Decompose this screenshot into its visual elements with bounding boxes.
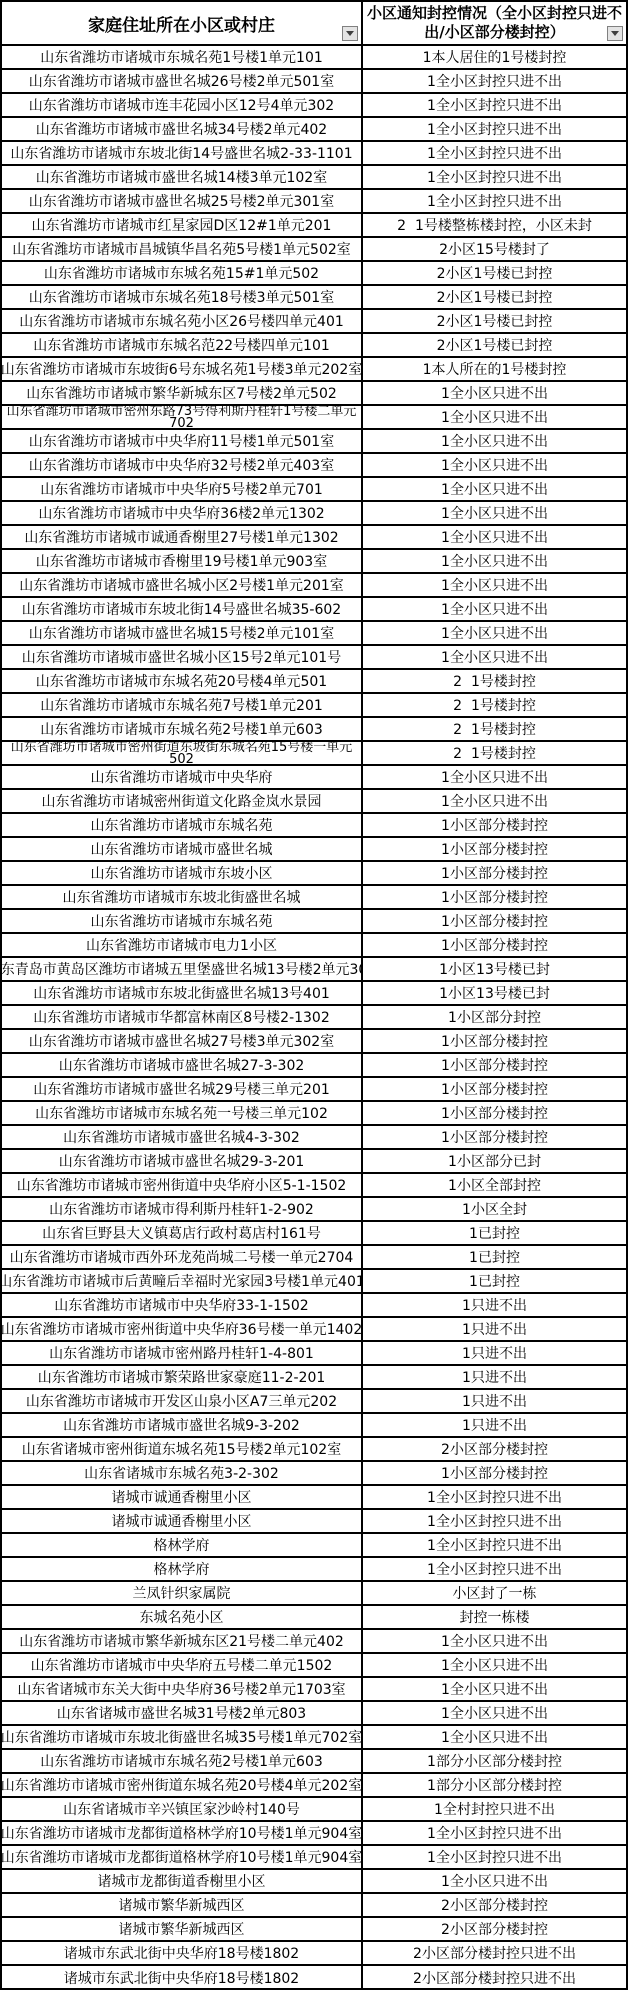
table-row: 山东省潍坊市诸城市中央华府36楼2单元13021全小区只进不出 [2,502,626,526]
table-row: 山东省潍坊市诸城市电力1小区1小区部分楼封控 [2,934,626,958]
address-cell[interactable]: 山东省潍坊市诸城市中央华府11号楼1单元501室 [2,430,363,452]
chevron-down-icon [611,31,619,36]
status-cell[interactable]: 1全小区封控只进不出 [363,70,626,92]
address-cell[interactable]: 山东省潍坊市诸城市盛世名城26号楼2单元501室 [2,70,363,92]
address-cell[interactable]: 山东省诸城市辛兴镇匡家沙岭村140号 [2,1798,363,1820]
table-row: 山东省潍坊市诸城市盛世名城1小区部分楼封控 [2,838,626,862]
address-cell[interactable]: 山东省潍坊市诸城市盛世名城9-3-202 [2,1414,363,1436]
table-row: 山东省潍坊市诸城市盛世名城小区15号2单元101号1全小区只进不出 [2,646,626,670]
status-cell[interactable]: 1全小区封控只进不出 [363,1534,626,1556]
address-cell[interactable]: 诸城市繁华新城西区 [2,1918,363,1940]
address-cell[interactable]: 山东省潍坊市诸城市繁荣路世家豪庭11-2-201 [2,1366,363,1388]
address-cell[interactable]: 山东省潍坊市诸城市东坡北街14号盛世名城2-33-1101 [2,142,363,164]
status-cell[interactable]: 1全小区只进不出 [363,478,626,500]
filter-dropdown-status-button[interactable] [607,26,623,41]
address-cell[interactable]: 山东省潍坊市诸城市东城名苑15#1单元502 [2,262,363,284]
address-cell[interactable]: 山东省潍坊市诸城市昌城镇华昌名苑5号楼1单元502室 [2,238,363,260]
address-cell[interactable]: 山东省潍坊市诸城市东城名苑小区26号楼四单元401 [2,310,363,332]
address-cell[interactable]: 山东省潍坊市诸城市盛世名城小区2号楼1单元201室 [2,574,363,596]
address-cell[interactable]: 山东省潍坊市诸城密州街道文化路金岚水景园 [2,790,363,812]
address-cell[interactable]: 诸城市龙都街道香榭里小区 [2,1870,363,1892]
table-row: 格林学府1全小区封控只进不出 [2,1558,626,1582]
table-row: 山东省诸城市辛兴镇匡家沙岭村140号1全村封控只进不出 [2,1798,626,1822]
status-cell[interactable]: 2小区部分楼封控只进不出 [363,1942,626,1964]
address-cell[interactable]: 山东省潍坊市诸城市诚通香榭里27号楼1单元1302 [2,526,363,548]
status-cell[interactable]: 1全小区封控只进不出 [363,190,626,212]
address-cell[interactable]: 山东省潍坊市诸城市东坡街6号东城名苑1号楼3单元202室 [2,358,363,380]
status-cell[interactable]: 1只进不出 [363,1390,626,1412]
address-cell[interactable]: 格林学府 [2,1558,363,1580]
status-cell[interactable]: 1小区部分楼封控 [363,1126,626,1148]
address-cell[interactable]: 山东省潍坊市诸城市连丰花园小区12号4单元302 [2,94,363,116]
status-cell[interactable]: 1全小区封控只进不出 [363,94,626,116]
table-row: 诸城市诚通香榭里小区1全小区封控只进不出 [2,1486,626,1510]
table-row: 山东省潍坊市诸城市盛世名城27号楼3单元302室1小区部分楼封控 [2,1030,626,1054]
status-cell[interactable]: 1全小区只进不出 [363,1630,626,1652]
table-row: 山东省潍坊市诸城市中央华府32号楼2单元403室1全小区只进不出 [2,454,626,478]
address-cell[interactable]: 山东省潍坊市诸城市中央华府33-1-1502 [2,1294,363,1316]
status-cell[interactable]: 1全小区只进不出 [363,1702,626,1724]
status-cell[interactable]: 1小区13号楼已封 [363,958,626,980]
address-cell[interactable]: 格林学府 [2,1534,363,1556]
address-column-header[interactable]: 家庭住址所在小区或村庄 [2,2,363,44]
table-row: 山东省潍坊市诸城市东坡街6号东城名苑1号楼3单元202室1本人所在的1号楼封控 [2,358,626,382]
table-row: 山东省潍坊市诸城市东城名苑20号楼4单元5012 1号楼封控 [2,670,626,694]
address-cell[interactable]: 山东省潍坊市诸城市盛世名城27-3-302 [2,1054,363,1076]
address-cell[interactable]: 山东省潍坊市诸城市盛世名城 [2,838,363,860]
status-cell[interactable]: 1全小区封控只进不出 [363,1486,626,1508]
table-row: 山东省潍坊市诸城市东城名范22号楼四单元1012小区1号楼已封控 [2,334,626,358]
address-cell[interactable]: 诸城市诚通香榭里小区 [2,1510,363,1532]
address-cell[interactable]: 山东省潍坊市诸城市东城名苑18号楼3单元501室 [2,286,363,308]
table-row: 山东省潍坊市诸城市中央华府五号楼二单元15021全小区只进不出 [2,1654,626,1678]
address-cell[interactable]: 诸城市东武北街中央华府18号楼1802 [2,1966,363,1990]
status-cell[interactable]: 1小区部分楼封控 [363,1102,626,1124]
table-row: 山东省潍坊市诸城市盛世名城15号楼2单元101室1全小区只进不出 [2,622,626,646]
status-cell[interactable]: 1小区部分楼封控 [363,910,626,932]
status-cell[interactable]: 2 1号楼整栋楼封控，小区未封 [363,214,626,236]
status-cell[interactable]: 1全小区只进不出 [363,382,626,404]
address-cell[interactable]: 山东省潍坊市诸城市盛世名城27号楼3单元302室 [2,1030,363,1052]
address-cell[interactable]: 山东省潍坊市诸城市龙都街道格林学府10号楼1单元904室 [2,1846,363,1868]
table-row: 格林学府1全小区封控只进不出 [2,1534,626,1558]
table-row: 山东省诸城市东关大街中央华府36号楼2单元1703室1全小区只进不出 [2,1678,626,1702]
table-row: 山东省潍坊市诸城市繁荣路世家豪庭11-2-2011只进不出 [2,1366,626,1390]
status-cell[interactable]: 2小区1号楼已封控 [363,286,626,308]
address-cell[interactable]: 山东省潍坊市诸城市东城名苑 [2,910,363,932]
address-cell[interactable]: 山东省巨野县大义镇葛店行政村葛店村161号 [2,1222,363,1244]
address-cell[interactable]: 山东省潍坊市诸城市盛世名城34号楼2单元402 [2,118,363,140]
address-cell[interactable]: 兰凤针织家属院 [2,1582,363,1604]
status-cell[interactable]: 1全小区封控只进不出 [363,1558,626,1580]
status-cell[interactable]: 1小区部分楼封控 [363,1462,626,1484]
status-cell[interactable]: 1全小区只进不出 [363,1870,626,1892]
status-cell[interactable]: 1全小区只进不出 [363,430,626,452]
table-row: 山东省潍坊市诸城市东坡北街盛世名城1小区部分楼封控 [2,886,626,910]
status-cell[interactable]: 1全村封控只进不出 [363,1798,626,1820]
status-cell[interactable]: 1小区部分楼封控 [363,1078,626,1100]
address-cell[interactable]: 山东省潍坊市诸城市东城名苑20号楼4单元501 [2,670,363,692]
status-cell[interactable]: 2小区部分楼封控 [363,1438,626,1460]
status-cell[interactable]: 1全小区只进不出 [363,1678,626,1700]
status-cell[interactable]: 1全小区只进不出 [363,766,626,788]
status-column-header[interactable]: 小区通知封控情况（全小区封控只进不出/小区部分楼封控） [363,2,626,44]
filter-dropdown-address-button[interactable] [342,26,358,41]
address-cell[interactable]: 山东省诸城市密州街道东城名苑15号楼2单元102室 [2,1438,363,1460]
address-cell[interactable]: 山东省潍坊市诸城市密州东路73号得利斯丹桂轩1号楼二单元702 [2,406,363,428]
status-cell[interactable]: 1小区部分已封 [363,1150,626,1172]
table-row: 山东省潍坊市诸城市盛世名城4-3-3021小区部分楼封控 [2,1126,626,1150]
address-cell[interactable]: 山东省潍坊市诸城市密州街道东坡街东城名苑15号楼一单元502 [2,742,363,764]
status-cell[interactable]: 1全小区只进不出 [363,1654,626,1676]
table-row: 山东省巨野县大义镇葛店行政村葛店村161号1已封控 [2,1222,626,1246]
status-cell[interactable]: 1只进不出 [363,1318,626,1340]
status-cell[interactable]: 1全小区封控只进不出 [363,118,626,140]
table-row: 山东省潍坊市诸城市东城名苑1小区部分楼封控 [2,910,626,934]
address-cell[interactable]: 山东省潍坊市诸城市东城名苑一号楼三单元102 [2,1102,363,1124]
table-row: 诸城市繁华新城西区2小区部分楼封控 [2,1918,626,1942]
status-cell[interactable]: 1全小区封控只进不出 [363,1822,626,1844]
address-cell[interactable]: 山东省潍坊市诸城市东城名范22号楼四单元101 [2,334,363,356]
status-cell[interactable]: 1全小区只进不出 [363,1726,626,1748]
status-cell[interactable]: 1全小区只进不出 [363,646,626,668]
address-cell[interactable]: 山东省潍坊市诸城市龙都街道格林学府10号楼1单元904室 [2,1822,363,1844]
table-row: 山东省潍坊市诸城市盛世名城26号楼2单元501室1全小区封控只进不出 [2,70,626,94]
table-row: 山东省潍坊市诸城市东城名苑7号楼1单元2012 1号楼封控 [2,694,626,718]
table-row: 山东省潍坊市诸城密州街道文化路金岚水景园1全小区只进不出 [2,790,626,814]
status-cell[interactable]: 2小区1号楼已封控 [363,334,626,356]
address-cell[interactable]: 山东省潍坊市诸城市中央华府 [2,766,363,788]
status-cell[interactable]: 1只进不出 [363,1342,626,1364]
address-cell[interactable]: 山东省潍坊市诸城市电力1小区 [2,934,363,956]
address-cell[interactable]: 山东省潍坊市诸城市东坡北街14号盛世名城35-602 [2,598,363,620]
address-cell[interactable]: 山东省潍坊市诸城市中央华府32号楼2单元403室 [2,454,363,476]
status-cell[interactable]: 1小区全封 [363,1198,626,1220]
status-cell[interactable]: 封控一栋楼 [363,1606,626,1628]
table-row: 山东省潍坊市诸城市东坡北街盛世名城35号楼1单元702室1全小区只进不出 [2,1726,626,1750]
table-row: 山东省潍坊市诸城市龙都街道格林学府10号楼1单元904室1全小区封控只进不出 [2,1822,626,1846]
status-cell[interactable]: 1小区部分楼封控 [363,1054,626,1076]
status-cell[interactable]: 1小区部分楼封控 [363,862,626,884]
status-cell[interactable]: 1全小区只进不出 [363,550,626,572]
status-cell[interactable]: 2小区部分楼封控 [363,1918,626,1940]
address-cell[interactable]: 诸城市东武北街中央华府18号楼1802 [2,1942,363,1964]
table-row: 山东省潍坊市诸城市东坡北街14号盛世名城2-33-11011全小区封控只进不出 [2,142,626,166]
table-row: 山东省潍坊市诸城市东城名苑2号楼1单元6031部分小区部分楼封控 [2,1750,626,1774]
address-cell[interactable]: 山东省潍坊市诸城市香榭里19号楼1单元903室 [2,550,363,572]
address-cell[interactable]: 山东省潍坊市诸城市繁华新城东区21号楼二单元402 [2,1630,363,1652]
table-row: 山东省诸城市密州街道东城名苑15号楼2单元102室2小区部分楼封控 [2,1438,626,1462]
status-cell[interactable]: 2小区1号楼已封控 [363,262,626,284]
status-cell[interactable]: 1全小区封控只进不出 [363,142,626,164]
address-cell[interactable]: 山东省潍坊市诸城市东城名苑2号楼1单元603 [2,1750,363,1772]
status-cell[interactable]: 1部分小区部分楼封控 [363,1774,626,1796]
table-row: 诸城市东武北街中央华府18号楼18022小区部分楼封控只进不出 [2,1966,626,1990]
status-cell[interactable]: 1全小区封控只进不出 [363,1846,626,1868]
header-row: 家庭住址所在小区或村庄 小区通知封控情况（全小区封控只进不出/小区部分楼封控） [2,2,626,46]
table-row: 山东省潍坊市诸城市东坡北街14号盛世名城35-6021全小区只进不出 [2,598,626,622]
spreadsheet-table: 家庭住址所在小区或村庄 小区通知封控情况（全小区封控只进不出/小区部分楼封控） … [0,0,628,1990]
address-cell[interactable]: 山东省潍坊市诸城市中央华府五号楼二单元1502 [2,1654,363,1676]
address-cell[interactable]: 诸城市繁华新城西区 [2,1894,363,1916]
table-row: 山东省潍坊市诸城市密州东路73号得利斯丹桂轩1号楼二单元7021全小区只进不出 [2,406,626,430]
table-row: 山东省潍坊市诸城市中央华府33-1-15021只进不出 [2,1294,626,1318]
table-row: 山东省潍坊市诸城市东城名苑1号楼1单元1011本人居住的1号楼封控 [2,46,626,70]
address-cell[interactable]: 山东省潍坊市诸城市东城名苑2号楼1单元603 [2,718,363,740]
address-cell[interactable]: 山东省潍坊市诸城市盛世名城4-3-302 [2,1126,363,1148]
address-cell[interactable]: 山东省潍坊市诸城市西外环龙苑尚城二号楼一单元2704 [2,1246,363,1268]
status-cell[interactable]: 1本人居住的1号楼封控 [363,46,626,68]
table-row: 山东省诸城市盛世名城31号楼2单元8031全小区只进不出 [2,1702,626,1726]
table-row: 山东省潍坊市诸城市诚通香榭里27号楼1单元13021全小区只进不出 [2,526,626,550]
address-cell[interactable]: 山东省潍坊市诸城市开发区山泉小区A7三单元202 [2,1390,363,1412]
table-row: 山东省潍坊市诸城市连丰花园小区12号4单元3021全小区封控只进不出 [2,94,626,118]
address-cell[interactable]: 山东省潍坊市诸城市红星家园D区12#1单元201 [2,214,363,236]
table-row: 山东省潍坊市诸城市东城名苑小区26号楼四单元4012小区1号楼已封控 [2,310,626,334]
address-cell[interactable]: 山东省潍坊市诸城市东坡北街盛世名城 [2,886,363,908]
table-row: 山东省潍坊市诸城市密州街道东城名苑20号楼4单元202室1部分小区部分楼封控 [2,1774,626,1798]
table-row: 山东省潍坊市诸城市中央华府1全小区只进不出 [2,766,626,790]
status-column-header-label: 小区通知封控情况（全小区封控只进不出/小区部分楼封控） [364,4,625,42]
table-row: 山东省潍坊市诸城市密州街道中央华府小区5-1-15021小区全部封控 [2,1174,626,1198]
address-cell[interactable]: 山东省潍坊市诸城市东坡小区 [2,862,363,884]
status-cell[interactable]: 1只进不出 [363,1294,626,1316]
address-cell[interactable]: 山东省潍坊市诸城市盛世名城29-3-201 [2,1150,363,1172]
status-cell[interactable]: 1已封控 [363,1222,626,1244]
status-cell[interactable]: 1全小区只进不出 [363,790,626,812]
address-cell[interactable]: 山东省潍坊市诸城市东城名苑 [2,814,363,836]
address-cell[interactable]: 山东省潍坊市诸城市繁华新城东区7号楼2单元502 [2,382,363,404]
status-cell[interactable]: 1小区部分楼封控 [363,1030,626,1052]
status-cell[interactable]: 1只进不出 [363,1414,626,1436]
status-cell[interactable]: 2小区1号楼已封控 [363,310,626,332]
table-row: 山东省潍坊市诸城市中央华府11号楼1单元501室1全小区只进不出 [2,430,626,454]
status-cell[interactable]: 1小区部分楼封控 [363,886,626,908]
table-row: 山东省潍坊市诸城市华都富林南区8号楼2-13021小区部分封控 [2,1006,626,1030]
table-row: 东城名苑小区封控一栋楼 [2,1606,626,1630]
address-cell[interactable]: 山东省潍坊市诸城市盛世名城29号楼三单元201 [2,1078,363,1100]
table-row: 山东省潍坊市诸城市东城名苑一号楼三单元1021小区部分楼封控 [2,1102,626,1126]
table-row: 山东省潍坊市诸城市红星家园D区12#1单元2012 1号楼整栋楼封控，小区未封 [2,214,626,238]
address-cell[interactable]: 东城名苑小区 [2,1606,363,1628]
table-body: 山东省潍坊市诸城市东城名苑1号楼1单元1011本人居住的1号楼封控山东省潍坊市诸… [2,46,626,1990]
table-row: 诸城市繁华新城西区2小区部分楼封控 [2,1894,626,1918]
table-row: 山东省潍坊市诸城市盛世名城27-3-3021小区部分楼封控 [2,1054,626,1078]
table-row: 诸城市诚通香榭里小区1全小区封控只进不出 [2,1510,626,1534]
status-cell[interactable]: 1全小区封控只进不出 [363,1510,626,1532]
address-cell[interactable]: 山东省诸城市东关大街中央华府36号楼2单元1703室 [2,1678,363,1700]
status-cell[interactable]: 1小区全部封控 [363,1174,626,1196]
status-cell[interactable]: 1全小区封控只进不出 [363,166,626,188]
status-cell[interactable]: 1小区部分封控 [363,1006,626,1028]
status-cell[interactable]: 2 1号楼封控 [363,718,626,740]
status-cell[interactable]: 1小区13号楼已封 [363,982,626,1004]
address-cell[interactable]: 山东青岛市黄岛区潍坊市诸城五里堡盛世名城13号楼2单元302 [2,958,363,980]
table-row: 山东省潍坊市诸城市盛世名城小区2号楼1单元201室1全小区只进不出 [2,574,626,598]
table-row: 山东省潍坊市诸城市昌城镇华昌名苑5号楼1单元502室2小区15号楼封了 [2,238,626,262]
address-cell[interactable]: 山东省潍坊市诸城市盛世名城14楼3单元102室 [2,166,363,188]
table-row: 山东省潍坊市诸城市盛世名城29-3-2011小区部分已封 [2,1150,626,1174]
table-row: 山东省潍坊市诸城市得利斯丹桂轩1-2-9021小区全封 [2,1198,626,1222]
status-cell[interactable]: 1部分小区部分楼封控 [363,1750,626,1772]
table-row: 山东省潍坊市诸城市东城名苑2号楼1单元6032 1号楼封控 [2,718,626,742]
chevron-down-icon [346,31,354,36]
address-cell[interactable]: 山东省潍坊市诸城市盛世名城15号楼2单元101室 [2,622,363,644]
status-cell[interactable]: 1全小区只进不出 [363,454,626,476]
table-row: 山东省潍坊市诸城市盛世名城34号楼2单元4021全小区封控只进不出 [2,118,626,142]
address-cell[interactable]: 山东省潍坊市诸城市华都富林南区8号楼2-1302 [2,1006,363,1028]
table-row: 山东省诸城市东城名苑3-2-3021小区部分楼封控 [2,1462,626,1486]
address-cell[interactable]: 山东省潍坊市诸城市中央华府5号楼2单元701 [2,478,363,500]
table-row: 诸城市龙都街道香榭里小区1全小区只进不出 [2,1870,626,1894]
table-row: 山东省潍坊市诸城市东城名苑1小区部分楼封控 [2,814,626,838]
table-row: 诸城市东武北街中央华府18号楼18022小区部分楼封控只进不出 [2,1942,626,1966]
address-cell[interactable]: 山东省诸城市盛世名城31号楼2单元803 [2,1702,363,1724]
status-cell[interactable]: 小区封了一栋 [363,1582,626,1604]
table-row: 山东省潍坊市诸城市开发区山泉小区A7三单元2021只进不出 [2,1390,626,1414]
address-cell[interactable]: 山东省潍坊市诸城市得利斯丹桂轩1-2-902 [2,1198,363,1220]
status-cell[interactable]: 1全小区只进不出 [363,598,626,620]
address-cell[interactable]: 山东省潍坊市诸城市东城名苑7号楼1单元201 [2,694,363,716]
status-cell[interactable]: 1已封控 [363,1270,626,1292]
table-row: 山东省潍坊市诸城市密州街道东坡街东城名苑15号楼一单元5022 1号楼封控 [2,742,626,766]
status-cell[interactable]: 2 1号楼封控 [363,742,626,764]
address-cell[interactable]: 诸城市诚通香榭里小区 [2,1486,363,1508]
table-row: 山东省潍坊市诸城市盛世名城25号楼2单元301室1全小区封控只进不出 [2,190,626,214]
address-cell[interactable]: 山东省潍坊市诸城市密州街道东城名苑20号楼4单元202室 [2,1774,363,1796]
table-row: 山东省潍坊市诸城市盛世名城29号楼三单元2011小区部分楼封控 [2,1078,626,1102]
status-cell[interactable]: 1全小区只进不出 [363,574,626,596]
status-cell[interactable]: 2小区部分楼封控只进不出 [363,1966,626,1990]
table-row: 山东省潍坊市诸城市东坡小区1小区部分楼封控 [2,862,626,886]
status-cell[interactable]: 1小区部分楼封控 [363,838,626,860]
status-cell[interactable]: 1本人所在的1号楼封控 [363,358,626,380]
status-cell[interactable]: 1全小区只进不出 [363,502,626,524]
status-cell[interactable]: 2小区部分楼封控 [363,1894,626,1916]
table-row: 山东省潍坊市诸城市东坡北街盛世名城13号4011小区13号楼已封 [2,982,626,1006]
status-cell[interactable]: 2 1号楼封控 [363,694,626,716]
table-row: 山东省潍坊市诸城市密州路丹桂轩1-4-8011只进不出 [2,1342,626,1366]
address-cell[interactable]: 山东省潍坊市诸城市密州路丹桂轩1-4-801 [2,1342,363,1364]
address-cell[interactable]: 山东省潍坊市诸城市密州街道中央华府小区5-1-1502 [2,1174,363,1196]
table-row: 兰凤针织家属院小区封了一栋 [2,1582,626,1606]
address-cell[interactable]: 山东省潍坊市诸城市盛世名城小区15号2单元101号 [2,646,363,668]
table-row: 山东省潍坊市诸城市香榭里19号楼1单元903室1全小区只进不出 [2,550,626,574]
address-cell[interactable]: 山东省潍坊市诸城市东城名苑1号楼1单元101 [2,46,363,68]
table-row: 山东省潍坊市诸城市中央华府5号楼2单元7011全小区只进不出 [2,478,626,502]
status-cell[interactable]: 1全小区只进不出 [363,622,626,644]
table-row: 山东省潍坊市诸城市密州街道中央华府36号楼一单元14021只进不出 [2,1318,626,1342]
table-row: 山东省潍坊市诸城市盛世名城9-3-2021只进不出 [2,1414,626,1438]
address-cell[interactable]: 山东省潍坊市诸城市盛世名城25号楼2单元301室 [2,190,363,212]
address-cell[interactable]: 山东省潍坊市诸城市东坡北街盛世名城35号楼1单元702室 [2,1726,363,1748]
status-cell[interactable]: 2 1号楼封控 [363,670,626,692]
status-cell[interactable]: 1小区部分楼封控 [363,814,626,836]
status-cell[interactable]: 1全小区只进不出 [363,526,626,548]
status-cell[interactable]: 1小区部分楼封控 [363,934,626,956]
table-row: 山东青岛市黄岛区潍坊市诸城五里堡盛世名城13号楼2单元3021小区13号楼已封 [2,958,626,982]
address-column-header-label: 家庭住址所在小区或村庄 [88,11,275,36]
address-cell[interactable]: 山东省潍坊市诸城市后黄疃后幸福时光家园3号楼1单元401 [2,1270,363,1292]
address-cell[interactable]: 山东省诸城市东城名苑3-2-302 [2,1462,363,1484]
address-cell[interactable]: 山东省潍坊市诸城市中央华府36楼2单元1302 [2,502,363,524]
table-row: 山东省潍坊市诸城市繁华新城东区7号楼2单元5021全小区只进不出 [2,382,626,406]
status-cell[interactable]: 1全小区只进不出 [363,406,626,428]
table-row: 山东省潍坊市诸城市后黄疃后幸福时光家园3号楼1单元4011已封控 [2,1270,626,1294]
status-cell[interactable]: 2小区15号楼封了 [363,238,626,260]
table-row: 山东省潍坊市诸城市西外环龙苑尚城二号楼一单元27041已封控 [2,1246,626,1270]
table-row: 山东省潍坊市诸城市龙都街道格林学府10号楼1单元904室1全小区封控只进不出 [2,1846,626,1870]
address-cell[interactable]: 山东省潍坊市诸城市密州街道中央华府36号楼一单元1402 [2,1318,363,1340]
address-cell[interactable]: 山东省潍坊市诸城市东坡北街盛世名城13号401 [2,982,363,1004]
table-row: 山东省潍坊市诸城市东城名苑15#1单元5022小区1号楼已封控 [2,262,626,286]
table-row: 山东省潍坊市诸城市繁华新城东区21号楼二单元4021全小区只进不出 [2,1630,626,1654]
status-cell[interactable]: 1已封控 [363,1246,626,1268]
table-row: 山东省潍坊市诸城市盛世名城14楼3单元102室1全小区封控只进不出 [2,166,626,190]
table-row: 山东省潍坊市诸城市东城名苑18号楼3单元501室2小区1号楼已封控 [2,286,626,310]
status-cell[interactable]: 1只进不出 [363,1366,626,1388]
